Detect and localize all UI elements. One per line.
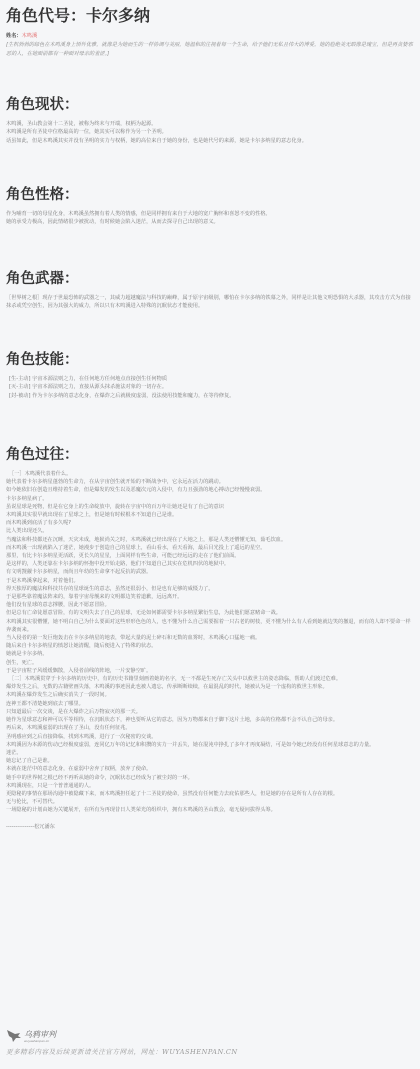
author-signature: ---------------松冗潘东	[6, 823, 414, 831]
past-paragraph: 木鸣溪现在，只是一个普普通通的人。	[6, 782, 414, 790]
past-paragraph: 于是宇宙粒子风缓缓飘散，入侵者前线的阵地，一片安静空旷。	[6, 667, 414, 675]
personality-paragraph: 她的承受力极高，因此情绪很少被扰动，有时候她会陷入迷茫，从而去探寻自己出现的意义…	[6, 218, 414, 226]
character-name-line: 姓名：木鸣溪	[6, 32, 414, 40]
past-paragraph: 她手中的世界树之根已经不再听从她的命令，沉眠状态已经成为了被尘封的一环。	[6, 774, 414, 782]
status-paragraph: 木鸣溪，圣山教会第十二圣徒，被称为终末与开端，权柄为起源。	[6, 120, 414, 128]
section-weapon: 角色武器： ［世界树之根］现存于世最恐怖的武器之一，其威力超越魔法与科技的巅峰，…	[6, 270, 414, 311]
personality-paragraph: 作为哺育一切的母星化身，木鸣溪虽然拥有着人类的情感，但是同样拥有来自于大地的宽广…	[6, 210, 414, 218]
crow-logo-icon	[6, 1029, 22, 1043]
past-paragraph: 于是那些靠着魔法阵来的，靠着宇宙母舰来的文明都边笑着道歉，远远离开。	[6, 593, 414, 601]
past-paragraph: ［一］木鸣溪代表着什么。	[6, 470, 414, 478]
past-paragraph: 木鸣溪因为本源的伤动已经极度虚弱，连同亿万年的记忆和积攒的实力一并丢失，她在混沌…	[6, 741, 414, 749]
section-personality: 角色性格： 作为哺育一切的母星化身，木鸣溪虽然拥有着人类的情感，但是同样拥有来自…	[6, 186, 414, 227]
past-paragraph: 木鸣溪其实很懵懂，她不明白自己为什么要面对这些形形色色的人，也不懂为什么自己需要…	[6, 618, 414, 634]
past-paragraph: 她作为星球意志和神可以平等相待，在沉眠状态下，神也要听从它的意志，因为万物都来自…	[6, 716, 414, 724]
section-title-past: 角色过往：	[6, 446, 414, 464]
page-title: 角色代号：卡尔多纳	[6, 6, 414, 26]
past-paragraph: 而木鸣溪到底活了有多久呢?	[6, 519, 414, 527]
section-title-skills: 角色技能：	[6, 351, 414, 369]
past-paragraph: 是这样的，人类还靠在卡尔多纳的怀抱中没开始走路，他们不知道自己其实在危机四伏的地…	[6, 560, 414, 568]
status-paragraph: 话虽如此，但是木鸣溪其实并没有圣明的实力与权柄，她的高位来自于她的身份，也是她代…	[6, 137, 414, 145]
past-paragraph: 他们没有星球的意志撑腰，因此不愿意冒险。	[6, 601, 414, 609]
past-paragraph: 迷茫。	[6, 749, 414, 757]
past-paragraph: 她忘记了自己是谁。	[6, 757, 414, 765]
past-paragraph: 当入侵者的第一发巨炮轰击在卡尔多纳星的地表，带起大量的泥土碎石和无数的血雾时，木…	[6, 634, 414, 642]
past-paragraph: 有文明觊觎卡尔多纳星，而尚且年幼的生命拿不起反抗的武器。	[6, 568, 414, 576]
weapon-paragraph: ［世界树之根］现存于世最恐怖的武器之一，其威力超越魔法与科技的巅峰，属于原宇宙级…	[6, 294, 414, 311]
past-paragraph: ［二］木鸣溪贯穿于卡尔多纳的历史中，有的历史书籍里刻画着她的名字，无一不都是生死…	[6, 675, 414, 683]
footer-note: 更多精彩内容及后续更新请关注官方网站，网址：WUYASHENPAN.CN	[6, 1046, 414, 1056]
past-paragraph: 本就在迷茫中的意志化身，在虚弱中舍弃了权柄，放弃了使命。	[6, 765, 414, 773]
section-title-personality: 角色性格：	[6, 186, 414, 204]
past-paragraph: 但是总有亡命徒愿意冒险，有的文明失去了自己的星球，无论如何都需要卡尔多纳星繁衍生…	[6, 609, 414, 617]
past-paragraph: 木鸣溪在爆炸发生之后确实消失了一段时间。	[6, 691, 414, 699]
section-skills: 角色技能： [生-主动] 宇宙本源法则之力，在任何地方任何地点直接创生任何物质 …	[6, 351, 414, 400]
past-paragraph: 圣明感应到之后直接降临，找到木鸣溪，进行了一次秘密的交谈。	[6, 733, 414, 741]
name-label: 姓名：	[6, 33, 22, 39]
past-paragraph: 虽说星球是死物，但是在它身上的生命绽放中，旋转在宇宙中的百万年让她还是有了自己的…	[6, 503, 414, 511]
section-title-weapon: 角色武器：	[6, 270, 414, 288]
section-status: 角色现状： 木鸣溪，圣山教会第十二圣徒，被称为终末与开端，权柄为起源。 木鸣溪是…	[6, 96, 414, 145]
name-value: 木鸣溪	[22, 33, 38, 39]
past-paragraph: 连神王都不清楚她到底去了哪里。	[6, 700, 414, 708]
logo-url: wuyashenpan.cn	[24, 1039, 56, 1043]
past-paragraph: 卡尔多纳星病了。	[6, 495, 414, 503]
past-paragraph: 再后来，木鸣溪虚弱的出现在了圣山，没有任何征兆。	[6, 724, 414, 732]
past-paragraph: 如今她依旧在创造且维持着生命，但是爆发的发生以及恶魔次元的入侵中，有力且强劲的地…	[6, 486, 414, 494]
past-paragraph: 那里，有比卡尔多纳星更活跃，更长久的星星，上面同样有些生命，可能已经远远的走在了…	[6, 552, 414, 560]
status-paragraph: 木鸣溪是所有圣徒中位格最高的一位，她其实可以称作为另一个圣明。	[6, 128, 414, 136]
past-paragraph: 于是木鸣溪拿起来，对着他们。	[6, 577, 414, 585]
past-paragraph: 而木鸣溪一出现就陷入了迷茫，她漫步于创造自己的星球上，看山看水，看天看海，最后目…	[6, 544, 414, 552]
skill-item: [生-主动] 宇宙本源法则之力，在任何地方任何地点直接创生任何物质	[6, 375, 414, 383]
character-quote: [生机勃勃的绿色在木鸣溪身上悟外优雅，就像是为她而生的一样协调与美丽，她温和的注…	[6, 41, 414, 58]
past-paragraph: 她就是卡尔多纳。	[6, 650, 414, 658]
logo-name: 乌鸦审判	[24, 1030, 56, 1039]
past-paragraph: 随后来自卡尔多纳星的愤怒让她清醒，随后便进入了特殊的状态。	[6, 642, 414, 650]
past-paragraph: 只知道最后一次交谈，是在大爆炸之后万物寂灭的那一天。	[6, 708, 414, 716]
past-paragraph: 更隐秘的事情在那场沟通中被隐藏下来，而木鸣溪担任起了十二圣徒的使命，虽然没有任何…	[6, 790, 414, 798]
document-page: 角色代号：卡尔多纳 姓名：木鸣溪 [生机勃勃的绿色在木鸣溪身上悟外优雅，就像是为…	[0, 0, 420, 58]
past-paragraph: 创生，死亡。	[6, 659, 414, 667]
past-paragraph: 无与伦比，不可替代。	[6, 798, 414, 806]
past-paragraph: 一场隐秘的计划由她为关键展开，在所有为再现昔日人类荣光的组织中，拥有木鸣溪的圣山…	[6, 806, 414, 814]
skill-item: [灭-主动] 宇宙本源法则之力，直接从源头抹杀施法对象的一切存在。	[6, 383, 414, 391]
past-paragraph: 木鸣溪其实很早就出现在了星球之上，但是她有时候根本不知道自己是谁。	[6, 511, 414, 519]
skill-item: [封-被动] 作为卡尔多纳的意志化身，在爆炸之后就极度虚弱，没法使用技能和魔力，…	[6, 392, 414, 400]
past-paragraph: 她代表着卡尔多纳星蓬勃的生命力，在从宇宙创生就开始的不断战争中，它永远在活力的跳…	[6, 478, 414, 486]
past-paragraph: 爆炸发生之后，无数的古籍壁画失落，木鸣溪的事迹因此也被人遗忘，传承断断续续，在最…	[6, 683, 414, 691]
footer-watermark: 乌鸦审判 wuyashenpan.cn 更多精彩内容及后续更新请关注官方网站，网…	[6, 1025, 414, 1056]
past-paragraph: 得天独厚的魔法和科技共存的星球诞生的意志，虽然还很弱小，但是也有足够的威慑力了。	[6, 585, 414, 593]
section-past: 角色过往： ［一］木鸣溪代表着什么。 她代表着卡尔多纳星蓬勃的生命力，在从宇宙创…	[6, 446, 414, 831]
section-title-status: 角色现状：	[6, 96, 414, 114]
site-logo: 乌鸦审判 wuyashenpan.cn	[6, 1025, 414, 1043]
past-paragraph: 比人类出现还久。	[6, 527, 414, 535]
past-paragraph: 当魔法和科技都还在沉睡，天灾未成，地狱尚关之时，木鸣溪就已经出现在了大地之上，那…	[6, 536, 414, 544]
